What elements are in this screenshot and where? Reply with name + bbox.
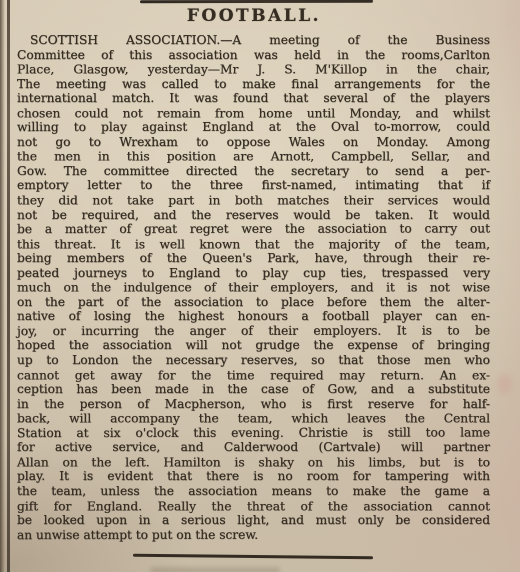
- article-line: be a matter of great regret were the ass…: [17, 222, 490, 237]
- article-line: Allan on the left. Hamilton is shaky on …: [17, 455, 490, 470]
- article-line: an unwise attempt to put on the screw.: [17, 527, 490, 542]
- article-line: Gow. The committee directed the secretar…: [17, 164, 490, 179]
- article-line: not be required, and the reserves would …: [17, 208, 490, 223]
- article-line: the team, unless the association means t…: [17, 484, 490, 499]
- article-line: much on the indulgence of their employer…: [17, 281, 490, 296]
- article-line: The meeting was called to make final arr…: [17, 77, 490, 92]
- left-page-edge-shadow: [0, 0, 5, 572]
- article-line: chosen could not remain from home until …: [17, 106, 490, 121]
- cropped-next-section-smudge: [150, 567, 280, 572]
- article-line: native of losing the highest honours a f…: [17, 309, 490, 324]
- article-line: the men in this position are Arnott, Cam…: [17, 150, 490, 165]
- article-line: joy, or incurring the anger of their emp…: [17, 323, 490, 338]
- article-line: in the person of Macpherson, who is firs…: [17, 397, 490, 412]
- newspaper-scan-page: FOOTBALL. SCOTTISH ASSOCIATION.—A meetin…: [0, 0, 520, 572]
- article-line: Place, Glasgow, yesterday—Mr J. S. M'Kil…: [17, 62, 490, 77]
- section-divider-top-rule: [140, 0, 373, 3]
- article-line: on the part of the association to place …: [17, 295, 490, 310]
- article-line: be looked upon in a serious light, and m…: [17, 513, 490, 528]
- paper-stain: [497, 374, 512, 394]
- left-column-rule: [7, 0, 10, 572]
- section-headline: FOOTBALL.: [18, 6, 490, 26]
- section-divider-bottom-rule: [133, 554, 373, 559]
- article-line: Committee of this association was held i…: [17, 48, 490, 63]
- article-line: peated journeys to England to play cup t…: [17, 266, 490, 281]
- article-line: hoped the association will not grudge th…: [17, 338, 490, 353]
- article-body: SCOTTISH ASSOCIATION.—A meeting of the B…: [17, 33, 490, 542]
- article-line: being members of the Queen's Park, have,…: [17, 251, 490, 266]
- article-line: play. It is evident that there is no roo…: [17, 469, 490, 484]
- article-line: Station at six o'clock this evening. Chr…: [17, 425, 490, 440]
- article-line: they did not take part in both matches t…: [17, 193, 490, 208]
- article-line: back, will accompany the team, which lea…: [17, 411, 490, 426]
- article-line: ception has been made in the case of Gow…: [17, 382, 490, 397]
- article-line: willing to play against England at the O…: [17, 120, 490, 135]
- article-line: gift for England. Really the threat of t…: [17, 499, 490, 514]
- article-line: not go to Wrexham to oppose Wales on Mon…: [17, 135, 490, 150]
- article-line: SCOTTISH ASSOCIATION.—A meeting of the B…: [17, 33, 490, 48]
- right-margin-tint: [494, 0, 520, 572]
- article-line: emptory letter to the three first-named,…: [17, 178, 490, 193]
- article-line: cannot get away for the time required ma…: [17, 368, 490, 383]
- article-line: for active service, and Calderwood (Cart…: [17, 440, 490, 455]
- article-line: up to London the necessary reserves, so …: [17, 353, 490, 368]
- article-line: this threat. It is well known that the m…: [17, 237, 490, 252]
- article-line: international match. It was found that s…: [17, 91, 490, 106]
